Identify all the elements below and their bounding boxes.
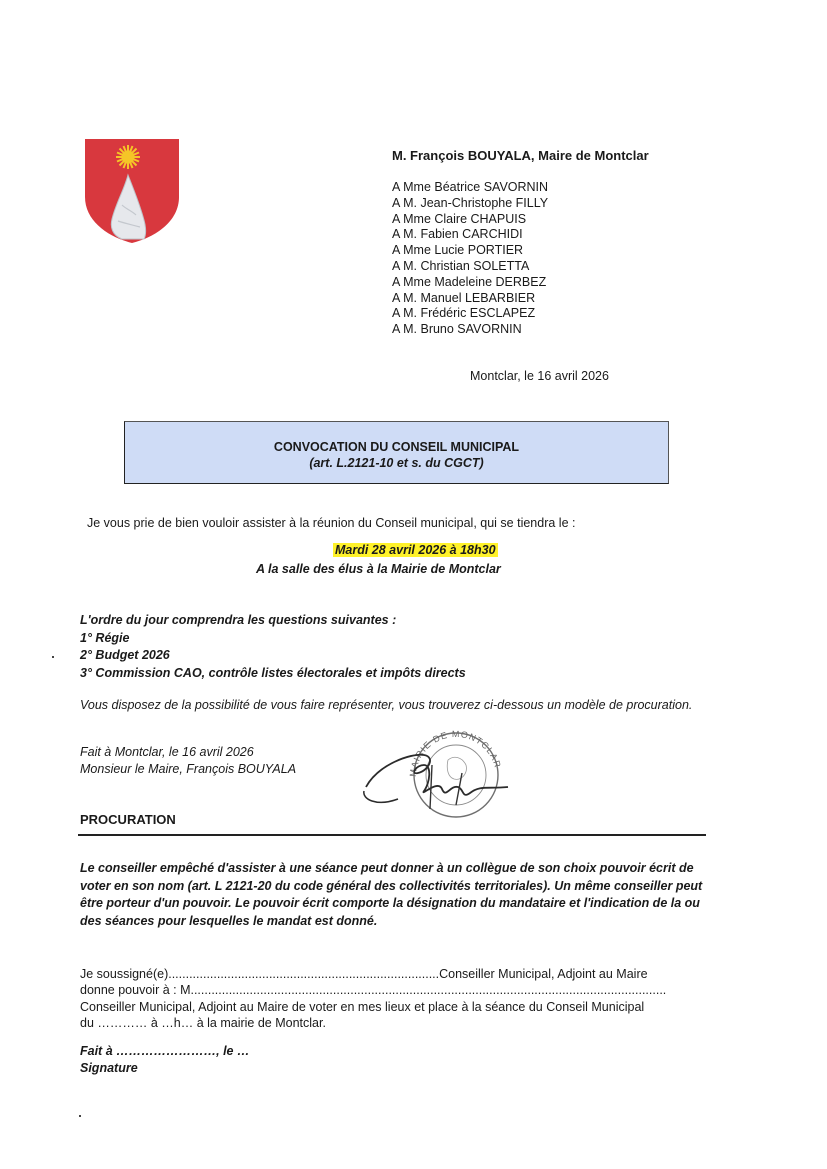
recipient: A M. Christian SOLETTA	[392, 259, 548, 275]
invitation-text: Je vous prie de bien vouloir assister à …	[87, 516, 575, 530]
form-line-undersigned[interactable]: Je soussigné(e).........................…	[80, 966, 720, 982]
place-date: Montclar, le 16 avril 2026	[470, 369, 609, 383]
procuration-legal-text: Le conseiller empêché d'assister à une s…	[80, 860, 720, 930]
procuration-signature-block: Fait à ……………………, le … Signature	[80, 1043, 249, 1077]
document-subtitle: (art. L.2121-10 et s. du CGCT)	[125, 456, 668, 470]
convocation-title-box: CONVOCATION DU CONSEIL MUNICIPAL (art. L…	[124, 421, 669, 484]
procuration-form: Je soussigné(e).........................…	[80, 966, 720, 1031]
svg-text:MAIRIE DE MONTCLAR: MAIRIE DE MONTCLAR	[408, 729, 503, 777]
scan-speck	[52, 656, 54, 658]
signed-place-date: Fait à Montclar, le 16 avril 2026	[80, 744, 296, 761]
recipient: A M. Manuel LEBARBIER	[392, 291, 548, 307]
recipient: A M. Bruno SAVORNIN	[392, 322, 548, 338]
document-title: CONVOCATION DU CONSEIL MUNICIPAL	[125, 440, 668, 454]
meeting-date: Mardi 28 avril 2026 à 18h30	[333, 543, 498, 557]
mairie-stamp-signature-icon: MAIRIE DE MONTCLAR	[358, 725, 518, 820]
proxy-note: Vous disposez de la possibilité de vous …	[80, 697, 720, 713]
recipient: A M. Frédéric ESCLAPEZ	[392, 306, 548, 322]
recipient: A Mme Béatrice SAVORNIN	[392, 180, 548, 196]
form-line-proxy-holder[interactable]: donne pouvoir à : M.....................…	[80, 982, 720, 998]
recipient: A Mme Claire CHAPUIS	[392, 212, 548, 228]
agenda-item: 3° Commission CAO, contrôle listes élect…	[80, 665, 466, 683]
meeting-place: A la salle des élus à la Mairie de Montc…	[256, 562, 501, 576]
recipients-list: A Mme Béatrice SAVORNIN A M. Jean-Christ…	[392, 180, 548, 338]
procuration-title: PROCURATION	[80, 812, 176, 827]
fait-a-field[interactable]: Fait à ……………………, le …	[80, 1043, 249, 1060]
signed-by: Monsieur le Maire, François BOUYALA	[80, 761, 296, 778]
signature-label: Signature	[80, 1060, 249, 1077]
section-divider	[78, 834, 706, 836]
recipient: A Mme Lucie PORTIER	[392, 243, 548, 259]
form-line-session[interactable]: du ………… à …h… à la mairie de Montclar.	[80, 1015, 720, 1031]
agenda-heading: L'ordre du jour comprendra les questions…	[80, 612, 466, 630]
coat-of-arms-icon	[82, 135, 182, 245]
form-line-role: Conseiller Municipal, Adjoint au Maire d…	[80, 999, 720, 1015]
recipient: A M. Jean-Christophe FILLY	[392, 196, 548, 212]
sender-line: M. François BOUYALA, Maire de Montclar	[392, 148, 649, 163]
scan-speck	[79, 1115, 81, 1117]
recipient: A Mme Madeleine DERBEZ	[392, 275, 548, 291]
agenda-item: 1° Régie	[80, 630, 466, 648]
agenda-item: 2° Budget 2026	[80, 647, 466, 665]
signature-block: Fait à Montclar, le 16 avril 2026 Monsie…	[80, 744, 296, 777]
agenda: L'ordre du jour comprendra les questions…	[80, 612, 466, 682]
recipient: A M. Fabien CARCHIDI	[392, 227, 548, 243]
